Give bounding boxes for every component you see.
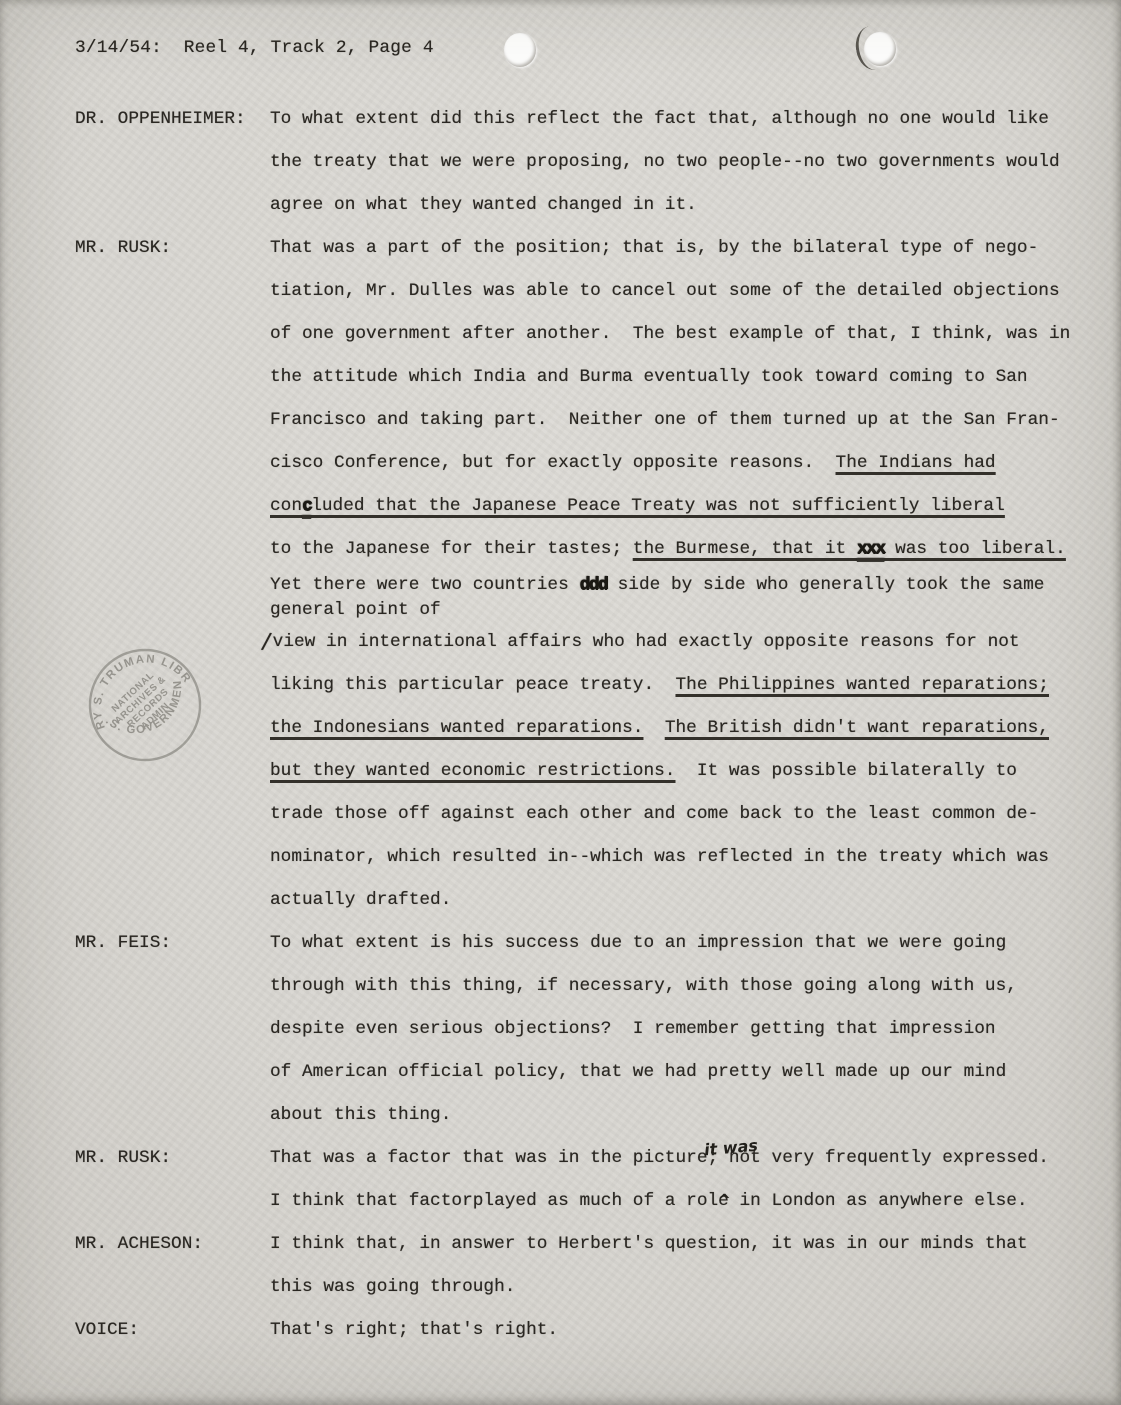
text-segment: despite even serious objections? I remem…	[270, 1019, 996, 1039]
text-segment: To what extent did this reflect the fact…	[270, 109, 1049, 129]
transcript-line: about this thing.	[270, 1094, 1085, 1137]
transcript-line: Francisco and taking part. Neither one o…	[270, 399, 1085, 442]
speaker-label: VOICE:	[75, 1309, 270, 1352]
transcript-line: concluded that the Japanese Peace Treaty…	[270, 485, 1085, 528]
transcript-line: That was a factor that was in the pictur…	[270, 1137, 1085, 1180]
transcript-line: That was a part of the position; that is…	[270, 227, 1085, 270]
transcript-line: That's right; that's right.	[270, 1309, 1085, 1352]
transcript-line: agree on what they wanted changed in it.	[270, 184, 1085, 227]
underlined-text: but they wanted economic restrictions.	[270, 761, 675, 781]
text-segment: the treaty that we were proposing, no tw…	[270, 152, 1060, 172]
text-segment: view in international affairs who had ex…	[273, 632, 1020, 652]
underlined-text: luded that the Japanese Peace Treaty was…	[311, 496, 1005, 516]
transcript-line: Yet there were two countries ddd side by…	[270, 571, 1085, 600]
transcript: DR. OPPENHEIMER:To what extent did this …	[75, 98, 1085, 1352]
transcript-line: of one government after another. The bes…	[270, 313, 1085, 356]
text-segment: this was going through.	[270, 1277, 515, 1297]
transcript-line: this was going through.	[270, 1266, 1085, 1309]
transcript-entry: MR. RUSK:That was a factor that was in t…	[75, 1137, 1085, 1223]
entry-body: That was a factor that was in the pictur…	[270, 1137, 1085, 1223]
transcript-line: general point of	[270, 600, 1085, 621]
transcript-line: To what extent is his success due to an …	[270, 922, 1085, 965]
entry-body: To what extent did this reflect the fact…	[270, 98, 1085, 227]
transcript-line: /view in international affairs who had e…	[270, 621, 1085, 664]
transcript-line: tiation, Mr. Dulles was able to cancel o…	[270, 270, 1085, 313]
transcript-line: but they wanted economic restrictions. I…	[270, 750, 1085, 793]
text-segment: the attitude which India and Burma event…	[270, 367, 1028, 387]
underlined-text: was too liberal.	[884, 539, 1065, 559]
transcript-entry: VOICE:That's right; that's right.	[75, 1309, 1085, 1352]
text-segment: Yet there were two countries	[270, 575, 579, 595]
page-content: 3/14/54: Reel 4, Track 2, Page 4 DR. OPP…	[0, 0, 1121, 1352]
text-segment: To what extent is his success due to an …	[270, 933, 1006, 953]
text-segment: trade those off against each other and c…	[270, 804, 1038, 824]
transcript-line: actually drafted.	[270, 879, 1085, 922]
text-segment: side by side who generally took the same	[607, 575, 1045, 595]
text-segment: of one government after another. The bes…	[270, 324, 1070, 344]
transcript-entry: DR. OPPENHEIMER:To what extent did this …	[75, 98, 1085, 227]
text-segment: Francisco and taking part. Neither one o…	[270, 410, 1060, 430]
speaker-label: DR. OPPENHEIMER:	[75, 98, 270, 227]
transcript-line: of American official policy, that we had…	[270, 1051, 1085, 1094]
handwritten-text: it was	[702, 1124, 759, 1172]
transcript-line: I think that, in answer to Herbert's que…	[270, 1223, 1085, 1266]
text-segment: agree on what they wanted changed in it.	[270, 195, 697, 215]
transcript-line: the treaty that we were proposing, no tw…	[270, 141, 1085, 184]
text-segment: about this thing.	[270, 1105, 451, 1125]
text-segment: That was a part of the position; that is…	[270, 238, 1038, 258]
underlined-text: The Philippines wanted reparations;	[675, 675, 1048, 695]
text-segment: That was a factor that was in the pictur…	[270, 1148, 718, 1168]
text-segment: not very frequently expressed.	[718, 1148, 1049, 1168]
speaker-label: MR. ACHESON:	[75, 1223, 270, 1309]
text-segment: I think that, in answer to Herbert's que…	[270, 1234, 1028, 1254]
transcript-line: To what extent did this reflect the fact…	[270, 98, 1085, 141]
speaker-label: MR. RUSK:	[75, 1137, 270, 1223]
entry-body: That was a part of the position; that is…	[270, 227, 1085, 922]
text-segment: That's right; that's right.	[270, 1320, 558, 1340]
transcript-line: cisco Conference, but for exactly opposi…	[270, 442, 1085, 485]
text-segment	[643, 718, 664, 738]
overstrike-blot: xxx	[857, 539, 885, 559]
text-segment: tiation, Mr. Dulles was able to cancel o…	[270, 281, 1060, 301]
page-header: 3/14/54: Reel 4, Track 2, Page 4	[75, 36, 1085, 60]
underlined-text: The British didn't want reparations,	[665, 718, 1049, 738]
entry-body: I think that, in answer to Herbert's que…	[270, 1223, 1085, 1309]
transcript-line: liking this particular peace treaty. The…	[270, 664, 1085, 707]
transcript-line: the attitude which India and Burma event…	[270, 356, 1085, 399]
underlined-text: the Indonesians wanted reparations.	[270, 718, 643, 738]
transcript-line: despite even serious objections? I remem…	[270, 1008, 1085, 1051]
transcript-line: I think that factorplayed as much of a r…	[270, 1180, 1085, 1223]
transcript-entry: MR. RUSK:That was a part of the position…	[75, 227, 1085, 922]
text-segment: through with this thing, if necessary, w…	[270, 976, 1017, 996]
underlined-text: The Indians had	[836, 453, 996, 473]
text-segment: cisco Conference, but for exactly opposi…	[270, 453, 836, 473]
text-segment: liking this particular peace treaty.	[270, 675, 675, 695]
insertion-caret: ^	[718, 1179, 731, 1222]
transcript-line: nominator, which resulted in--which was …	[270, 836, 1085, 879]
text-segment: I think that factorplayed as much of a r…	[270, 1191, 1028, 1211]
transcript-entry: MR. ACHESON:I think that, in answer to H…	[75, 1223, 1085, 1309]
text-segment: nominator, which resulted in--which was …	[270, 847, 1049, 867]
transcript-entry: MR. FEIS:To what extent is his success d…	[75, 922, 1085, 1137]
transcript-line: through with this thing, if necessary, w…	[270, 965, 1085, 1008]
document-page: HARRY S. TRUMAN LIBRARY U.S. GOVERNMENT …	[0, 0, 1121, 1405]
text-segment: actually drafted.	[270, 890, 451, 910]
underlined-text: con	[270, 496, 302, 516]
overstrike-blot: c	[302, 496, 311, 516]
entry-body: That's right; that's right.	[270, 1309, 1085, 1352]
text-segment: general point of	[270, 600, 441, 620]
overstrike-blot: ddd	[579, 575, 607, 595]
entry-body: To what extent is his success due to an …	[270, 922, 1085, 1137]
text-segment: to the Japanese for their tastes;	[270, 539, 633, 559]
underlined-text: the Burmese, that it	[633, 539, 857, 559]
speaker-label: MR. RUSK:	[75, 227, 270, 922]
text-segment: It was possible bilaterally to	[675, 761, 1016, 781]
transcript-line: to the Japanese for their tastes; the Bu…	[270, 528, 1085, 571]
speaker-label: MR. FEIS:	[75, 922, 270, 1137]
transcript-line: trade those off against each other and c…	[270, 793, 1085, 836]
transcript-line: the Indonesians wanted reparations. The …	[270, 707, 1085, 750]
text-segment: of American official policy, that we had…	[270, 1062, 1006, 1082]
